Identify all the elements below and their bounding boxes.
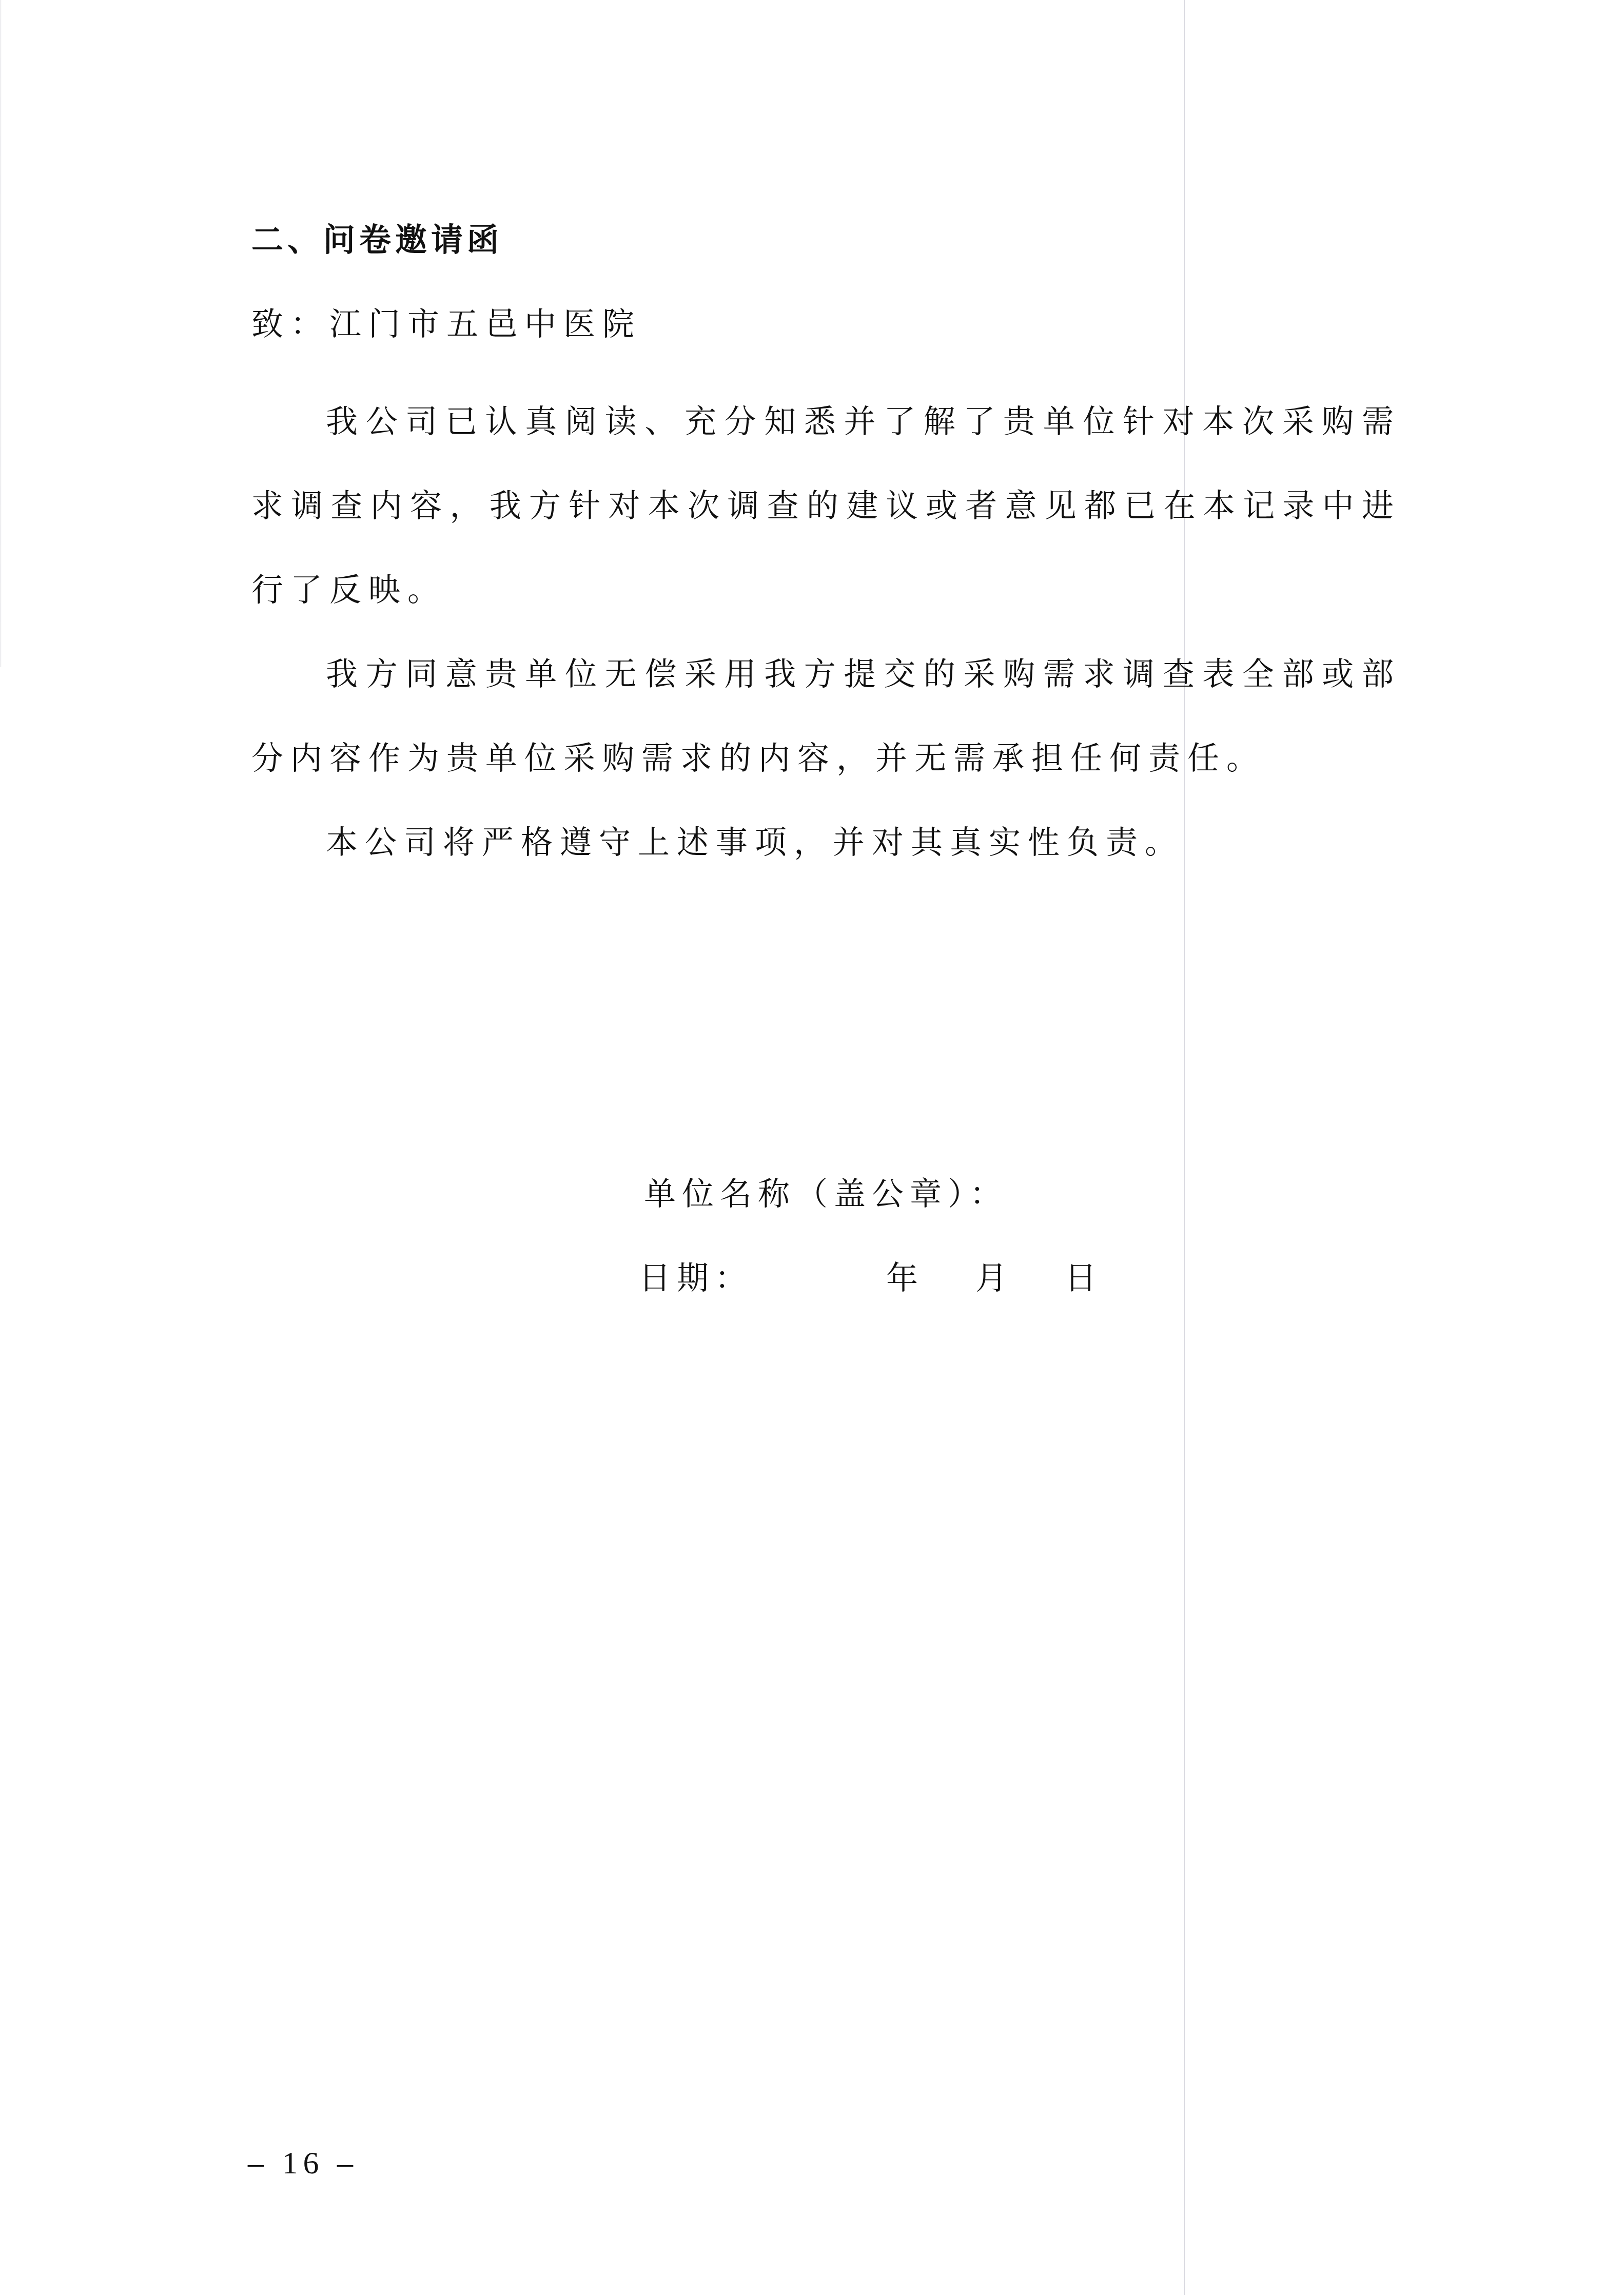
- date-line: 日期：年月日: [639, 1236, 1103, 1320]
- day-label: 日: [1065, 1259, 1103, 1297]
- document-page: 二、问卷邀请函 致：江门市五邑中医院 我公司已认真阅读、充分知悉并了解了贵单位针…: [0, 0, 1624, 2295]
- year-label: 年: [886, 1259, 924, 1297]
- company-seal-line: 单位名称（盖公章）：: [644, 1152, 1103, 1236]
- paragraph-commitment: 本公司将严格遵守上述事项，并对其真实性负责。: [251, 801, 1401, 885]
- letter-body: 我公司已认真阅读、充分知悉并了解了贵单位针对本次采购需求调查内容，我方针对本次调…: [251, 380, 1401, 885]
- paragraph-acknowledgement: 我公司已认真阅读、充分知悉并了解了贵单位针对本次采购需求调查内容，我方针对本次调…: [251, 380, 1401, 632]
- scan-edge-shadow: [0, 0, 2, 667]
- date-label: 日期：: [639, 1259, 753, 1297]
- scan-artifact-line: [1184, 0, 1185, 2295]
- section-heading: 二、问卷邀请函: [251, 215, 503, 260]
- company-seal-label: 单位名称（盖公章）：: [644, 1175, 1008, 1213]
- month-label: 月: [975, 1259, 1013, 1297]
- signature-block: 单位名称（盖公章）： 日期：年月日: [644, 1152, 1103, 1320]
- paragraph-consent: 我方同意贵单位无偿采用我方提交的采购需求调查表全部或部分内容作为贵单位采购需求的…: [251, 632, 1401, 801]
- recipient-line: 致：江门市五邑中医院: [251, 299, 641, 344]
- page-number: – 16 –: [248, 2145, 358, 2182]
